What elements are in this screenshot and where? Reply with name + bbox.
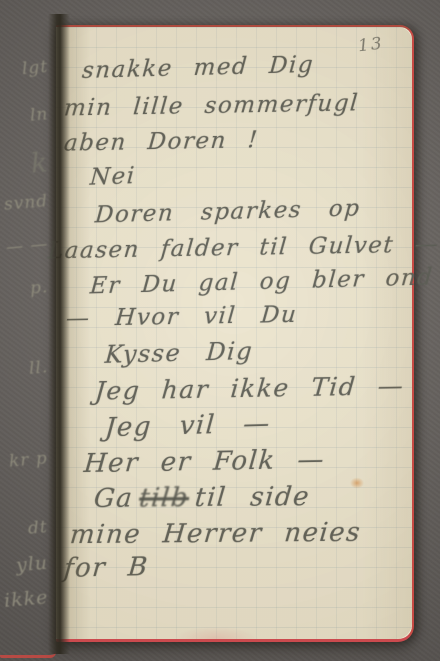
handwriting-line: — Hvor vil Du xyxy=(65,302,299,332)
handwriting-line: Laasen falder til Gulvet — xyxy=(47,232,440,265)
scribbled-word: tilb xyxy=(138,483,191,513)
verso-fragment: ylu xyxy=(15,552,49,577)
handwriting-line: for B xyxy=(63,552,150,584)
handwriting-word: Ga xyxy=(93,484,135,514)
page-number: 13 xyxy=(357,34,385,57)
handwriting-line: Nei xyxy=(89,163,136,191)
verso-fragment: svnd xyxy=(3,191,49,215)
handwriting-line: snakke med Dig xyxy=(81,52,315,84)
notebook-page: 13 snakke med Dig min lille sommerfugl a… xyxy=(56,25,414,642)
handwriting-word: til side xyxy=(194,482,312,513)
handwriting-line: Her er Folk — xyxy=(83,445,327,479)
verso-fragment: — — xyxy=(5,234,49,258)
handwriting-line: Gatilbtil side xyxy=(93,482,312,514)
handwriting-line: Er Du gal og bler ond xyxy=(89,264,434,299)
handwriting-line: Jeg har ikke Tid — xyxy=(94,371,406,405)
verso-fragment: ln xyxy=(29,104,49,126)
handwriting-line: mine Herrer neies xyxy=(69,518,363,551)
verso-fragment: kr p xyxy=(8,448,48,471)
handwriting-line: aben Doren ! xyxy=(63,127,260,156)
handwriting-line: min lille sommerfugl xyxy=(63,90,360,121)
verso-fragment: p. xyxy=(29,277,49,299)
handwriting-line: Jeg vil — xyxy=(104,409,272,443)
verso-fragment: k xyxy=(29,147,49,179)
handwriting-line: Doren sparkes op xyxy=(94,195,361,228)
verso-fragment: lgt xyxy=(21,57,49,79)
previous-page-edge: lgt ln k svnd — — p. ll. kr p dt ylu ikk… xyxy=(0,10,56,658)
handwriting-line: Kysse Dig xyxy=(104,337,254,369)
verso-fragment: ll. xyxy=(28,357,49,379)
verso-fragment: ikke xyxy=(3,586,49,612)
verso-fragment: dt xyxy=(27,517,48,539)
